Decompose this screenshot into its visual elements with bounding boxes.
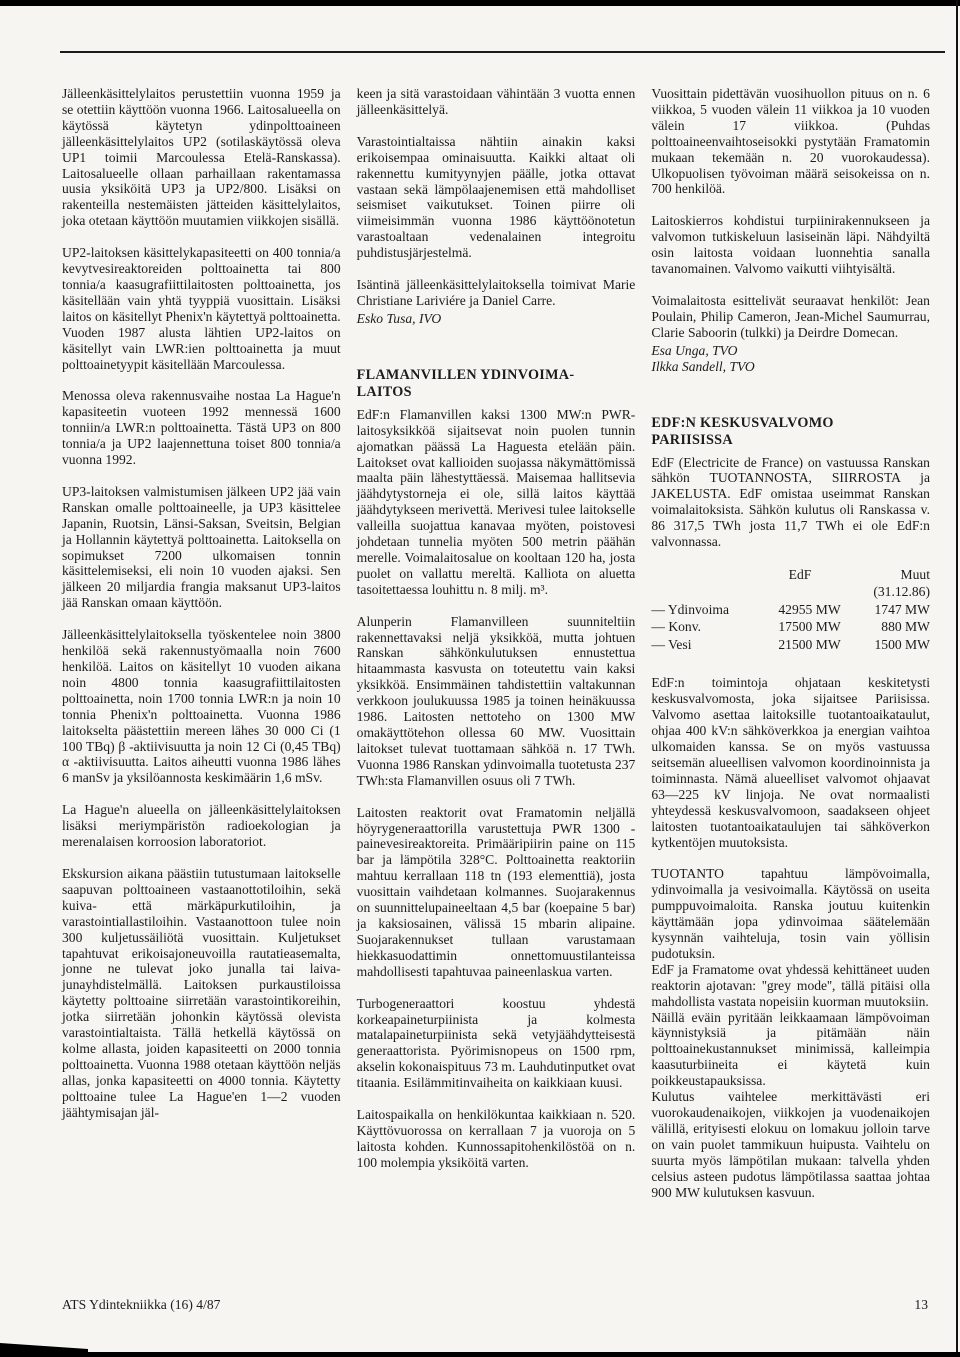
table-cell: — Konv. xyxy=(651,618,751,636)
table-header-cell xyxy=(651,566,751,601)
paragraph: Varastointialtaissa nähtiin ainakin kaks… xyxy=(357,134,636,261)
paragraph: EdF:n toimintoja ohjataan keskitetysti k… xyxy=(651,675,930,850)
paragraph: Isäntinä jälleenkäsittelylaitoksella toi… xyxy=(357,277,636,309)
table-row: — Ydinvoima 42955 MW 1747 MW xyxy=(651,601,930,619)
table-row: — Vesi 21500 MW 1500 MW xyxy=(651,636,930,654)
article-columns: Jälleenkäsittelylaitos perustettiin vuon… xyxy=(62,86,930,1200)
heading-line: FLAMANVILLEN YDINVOIMA- xyxy=(357,367,636,384)
table-cell: 17500 MW xyxy=(759,618,840,636)
paragraph: Näillä eväin pyritään leikkaamaan lämpöv… xyxy=(651,1010,930,1090)
paragraph: Laitosten reaktorit ovat Framatomin nelj… xyxy=(357,805,636,980)
paragraph: Turbogeneraattori koostuu yhdestä korkea… xyxy=(357,996,636,1091)
heading-line: PARIISISSA xyxy=(651,432,930,449)
paragraph: EdF ja Framatome ovat yhdessä kehittänee… xyxy=(651,962,930,1010)
author-byline: Esa Unga, TVO xyxy=(651,343,930,359)
page-number: 13 xyxy=(914,1297,928,1313)
author-bylines: Esa Unga, TVO Ilkka Sandell, TVO xyxy=(651,343,930,375)
table-header-cell: Muut (31.12.86) xyxy=(849,566,930,601)
paragraph: Jälleenkäsittelylaitos perustettiin vuon… xyxy=(62,86,341,229)
journal-page: Jälleenkäsittelylaitos perustettiin vuon… xyxy=(0,0,960,1357)
table-cell: 42955 MW xyxy=(759,601,840,619)
table-cell: 21500 MW xyxy=(759,636,840,654)
scan-edge-top xyxy=(0,0,960,6)
paragraph: Menossa oleva rakennusvaihe nostaa La Ha… xyxy=(62,388,341,468)
scan-edge-right xyxy=(956,0,958,1357)
heading-line: EDF:N KESKUSVALVOMO xyxy=(651,415,930,432)
table-cell: — Vesi xyxy=(651,636,751,654)
section-heading-flamanville: FLAMANVILLEN YDINVOIMA- LAITOS xyxy=(357,367,636,401)
capacity-table: EdF Muut (31.12.86) — Ydinvoima 42955 MW… xyxy=(651,566,930,654)
paragraph: Laitospaikalla on henkilökuntaa kaikkiaa… xyxy=(357,1107,636,1171)
paragraph: Kulutus vaihtelee merkittävästi eri vuor… xyxy=(651,1089,930,1200)
journal-footer: ATS Ydintekniikka (16) 4/87 xyxy=(62,1297,220,1313)
paragraph: EdF (Electricite de France) on vastuussa… xyxy=(651,455,930,550)
table-cell: — Ydinvoima xyxy=(651,601,751,619)
column-2: keen ja sitä varastoidaan vähintään 3 vu… xyxy=(357,86,636,1200)
scan-edge-bottom xyxy=(0,1352,960,1357)
section-heading-edf: EDF:N KESKUSVALVOMO PARIISISSA xyxy=(651,415,930,449)
table-cell: 1500 MW xyxy=(849,636,930,654)
paragraph: Ekskursion aikana päästiin tutustumaan l… xyxy=(62,866,341,1121)
table-cell: 1747 MW xyxy=(849,601,930,619)
column-3: Vuosittain pidettävän vuosihuollon pituu… xyxy=(651,86,930,1200)
paragraph: EdF:n Flamanvillen kaksi 1300 MW:n PWR-l… xyxy=(357,407,636,598)
table-cell: 880 MW xyxy=(849,618,930,636)
author-byline: Ilkka Sandell, TVO xyxy=(651,359,930,375)
paragraph: La Hague'n alueella on jälleenkäsittelyl… xyxy=(62,802,341,850)
table-header-cell: EdF xyxy=(759,566,840,601)
paragraph: UP2-laitoksen käsittelykapasiteetti on 4… xyxy=(62,245,341,372)
header-rule xyxy=(60,51,945,53)
heading-line: LAITOS xyxy=(357,384,636,401)
table-row: — Konv. 17500 MW 880 MW xyxy=(651,618,930,636)
paragraph: TUOTANTO tapahtuu lämpövoimalla, ydinvoi… xyxy=(651,866,930,961)
paragraph: Laitoskierros kohdistui turpiinirakennuk… xyxy=(651,213,930,277)
paragraph: Alunperin Flamanvilleen suunniteltiin ra… xyxy=(357,614,636,789)
column-1: Jälleenkäsittelylaitos perustettiin vuon… xyxy=(62,86,341,1200)
paragraph: UP3-laitoksen valmistumisen jälkeen UP2 … xyxy=(62,484,341,611)
paragraph: Vuosittain pidettävän vuosihuollon pituu… xyxy=(651,86,930,197)
paragraph: Voimalaitosta esittelivät seuraavat henk… xyxy=(651,293,930,341)
capacity-table-header: EdF Muut (31.12.86) xyxy=(651,566,930,601)
paragraph: Jälleenkäsittelylaitoksella työskentelee… xyxy=(62,627,341,786)
paragraph: keen ja sitä varastoidaan vähintään 3 vu… xyxy=(357,86,636,118)
author-byline: Esko Tusa, IVO xyxy=(357,311,636,327)
